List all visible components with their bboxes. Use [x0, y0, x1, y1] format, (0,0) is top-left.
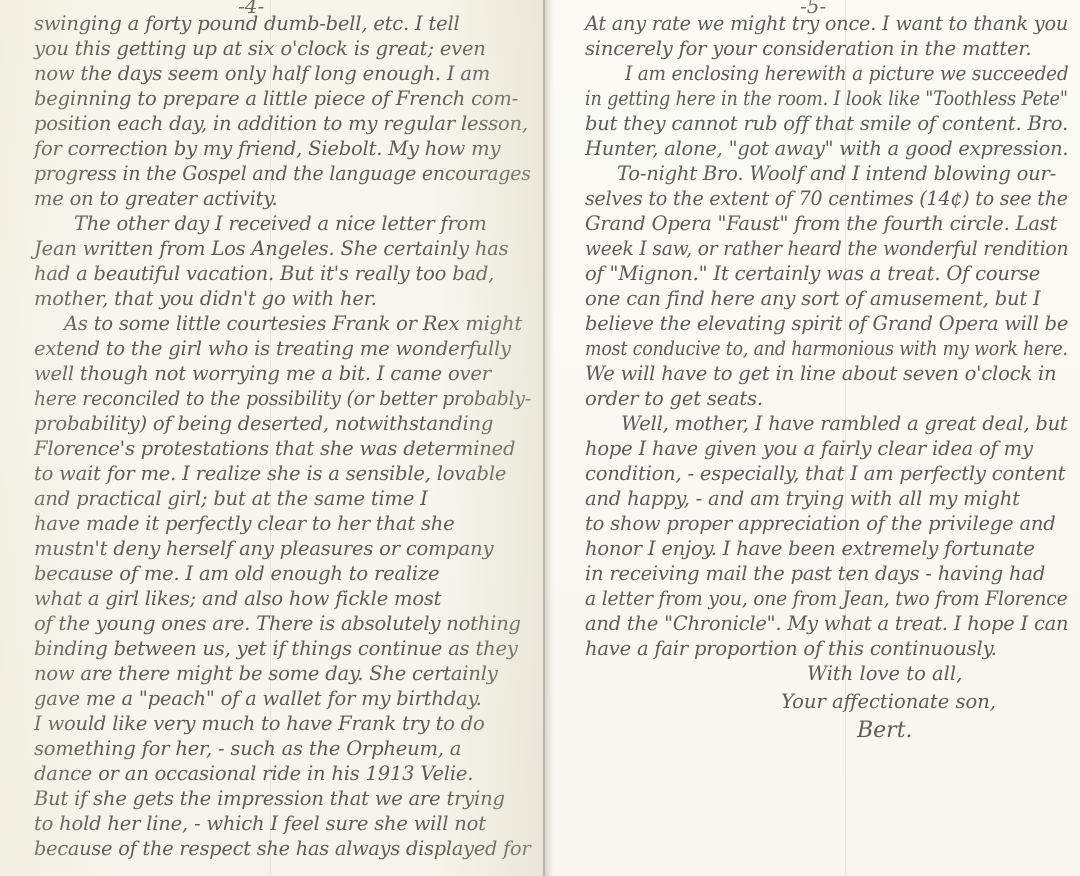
text-line: Hunter, alone, "got away" with a good ex…	[585, 137, 1068, 160]
text-line: We will have to get in line about seven …	[585, 362, 1056, 385]
text-line: position each day, in addition to my reg…	[34, 112, 528, 135]
text-line: and practical girl; but at the same time…	[34, 487, 428, 510]
letter-page-5: -5- At any rate we might try once. I wan…	[545, 0, 1080, 876]
text-line: hope I have given you a fairly clear ide…	[585, 437, 1033, 460]
text-line: a letter from you, one from Jean, two fr…	[585, 587, 1067, 610]
text-line: I would like very much to have Frank try…	[34, 712, 485, 735]
text-line: because of the respect she has always di…	[34, 837, 530, 860]
text-line: Jean written from Los Angeles. She certa…	[34, 237, 508, 260]
text-line: one can find here any sort of amusement,…	[585, 287, 1040, 310]
text-line: because of me. I am old enough to realiz…	[34, 562, 439, 585]
text-line: condition, - especially, that I am perfe…	[585, 462, 1065, 485]
closing-salutation: With love to all,	[807, 662, 962, 685]
text-line: me on to greater activity.	[34, 187, 278, 210]
text-line: But if she gets the impression that we a…	[34, 787, 505, 810]
text-line: but they cannot rub off that smile of co…	[585, 112, 1068, 135]
closing-sign-off: Your affectionate son,	[781, 690, 996, 713]
text-line: in receiving mail the past ten days - ha…	[585, 562, 1045, 585]
text-line: to wait for me. I realize she is a sensi…	[34, 462, 506, 485]
text-line: swinging a forty pound dumb-bell, etc. I…	[34, 12, 460, 35]
text-line: and the "Chronicle". My what a treat. I …	[585, 612, 1068, 635]
text-line: to show proper appreciation of the privi…	[585, 512, 1056, 535]
text-line: binding between us, yet if things contin…	[34, 637, 518, 660]
text-line: mother, that you didn't go with her.	[34, 287, 377, 310]
text-line: something for her, - such as the Orpheum…	[34, 737, 461, 760]
text-line: for correction by my friend, Siebolt. My…	[34, 137, 500, 160]
letter-page-4: -4- swinging a forty pound dumb-bell, et…	[0, 0, 545, 876]
text-line: order to get seats.	[585, 387, 763, 410]
text-line: At any rate we might try once. I want to…	[585, 12, 1068, 35]
text-line: Florence's protestations that she was de…	[34, 437, 515, 460]
text-line: of "Mignon." It certainly was a treat. O…	[585, 262, 1040, 285]
text-line: progress in the Gospel and the language …	[34, 162, 531, 185]
text-line: what a girl likes; and also how fickle m…	[34, 587, 441, 610]
text-line: The other day I received a nice letter f…	[74, 212, 486, 235]
text-line: dance or an occasional ride in his 1913 …	[34, 762, 473, 785]
text-line: sincerely for your consideration in the …	[585, 37, 1031, 60]
text-line: mustn't deny herself any pleasures or co…	[34, 537, 493, 560]
text-line: now the days seem only half long enough.…	[34, 62, 490, 85]
text-line: As to some little courtesies Frank or Re…	[64, 312, 522, 335]
text-line: to hold her line, - which I feel sure sh…	[34, 812, 486, 835]
text-line: and happy, - and am trying with all my m…	[585, 487, 1020, 510]
text-line: had a beautiful vacation. But it's reall…	[34, 262, 494, 285]
text-line: beginning to prepare a little piece of F…	[34, 87, 518, 110]
text-line: well though not worrying me a bit. I cam…	[34, 362, 491, 385]
text-line: gave me a "peach" of a wallet for my bir…	[34, 687, 482, 710]
text-line: I am enclosing herewith a picture we suc…	[625, 62, 1069, 85]
text-line: Well, mother, I have rambled a great dea…	[621, 412, 1068, 435]
text-line: believe the elevating spirit of Grand Op…	[585, 312, 1068, 335]
signature: Bert.	[857, 718, 913, 743]
text-line: you this getting up at six o'clock is gr…	[34, 37, 486, 60]
letter-spread: -4- swinging a forty pound dumb-bell, et…	[0, 0, 1080, 876]
text-line: here reconciled to the possibility (or b…	[34, 387, 531, 410]
text-line: selves to the extent of 70 centimes (14¢…	[585, 187, 1068, 210]
text-line: of the young ones are. There is absolute…	[34, 612, 521, 635]
text-line: probability) of being deserted, notwiths…	[34, 412, 493, 435]
text-line: Grand Opera "Faust" from the fourth circ…	[585, 212, 1057, 235]
text-line: week I saw, or rather heard the wonderfu…	[585, 237, 1068, 260]
text-line: have a fair proportion of this continuou…	[585, 637, 997, 660]
text-line: To-night Bro. Woolf and I intend blowing…	[617, 162, 1056, 185]
text-line: now are there might be some day. She cer…	[34, 662, 498, 685]
text-line: most conducive to, and harmonious with m…	[585, 337, 1068, 360]
text-line: honor I enjoy. I have been extremely for…	[585, 537, 1035, 560]
text-line: extend to the girl who is treating me wo…	[34, 337, 511, 360]
text-line: have made it perfectly clear to her that…	[34, 512, 454, 535]
text-line: in getting here in the room. I look like…	[585, 87, 1068, 110]
